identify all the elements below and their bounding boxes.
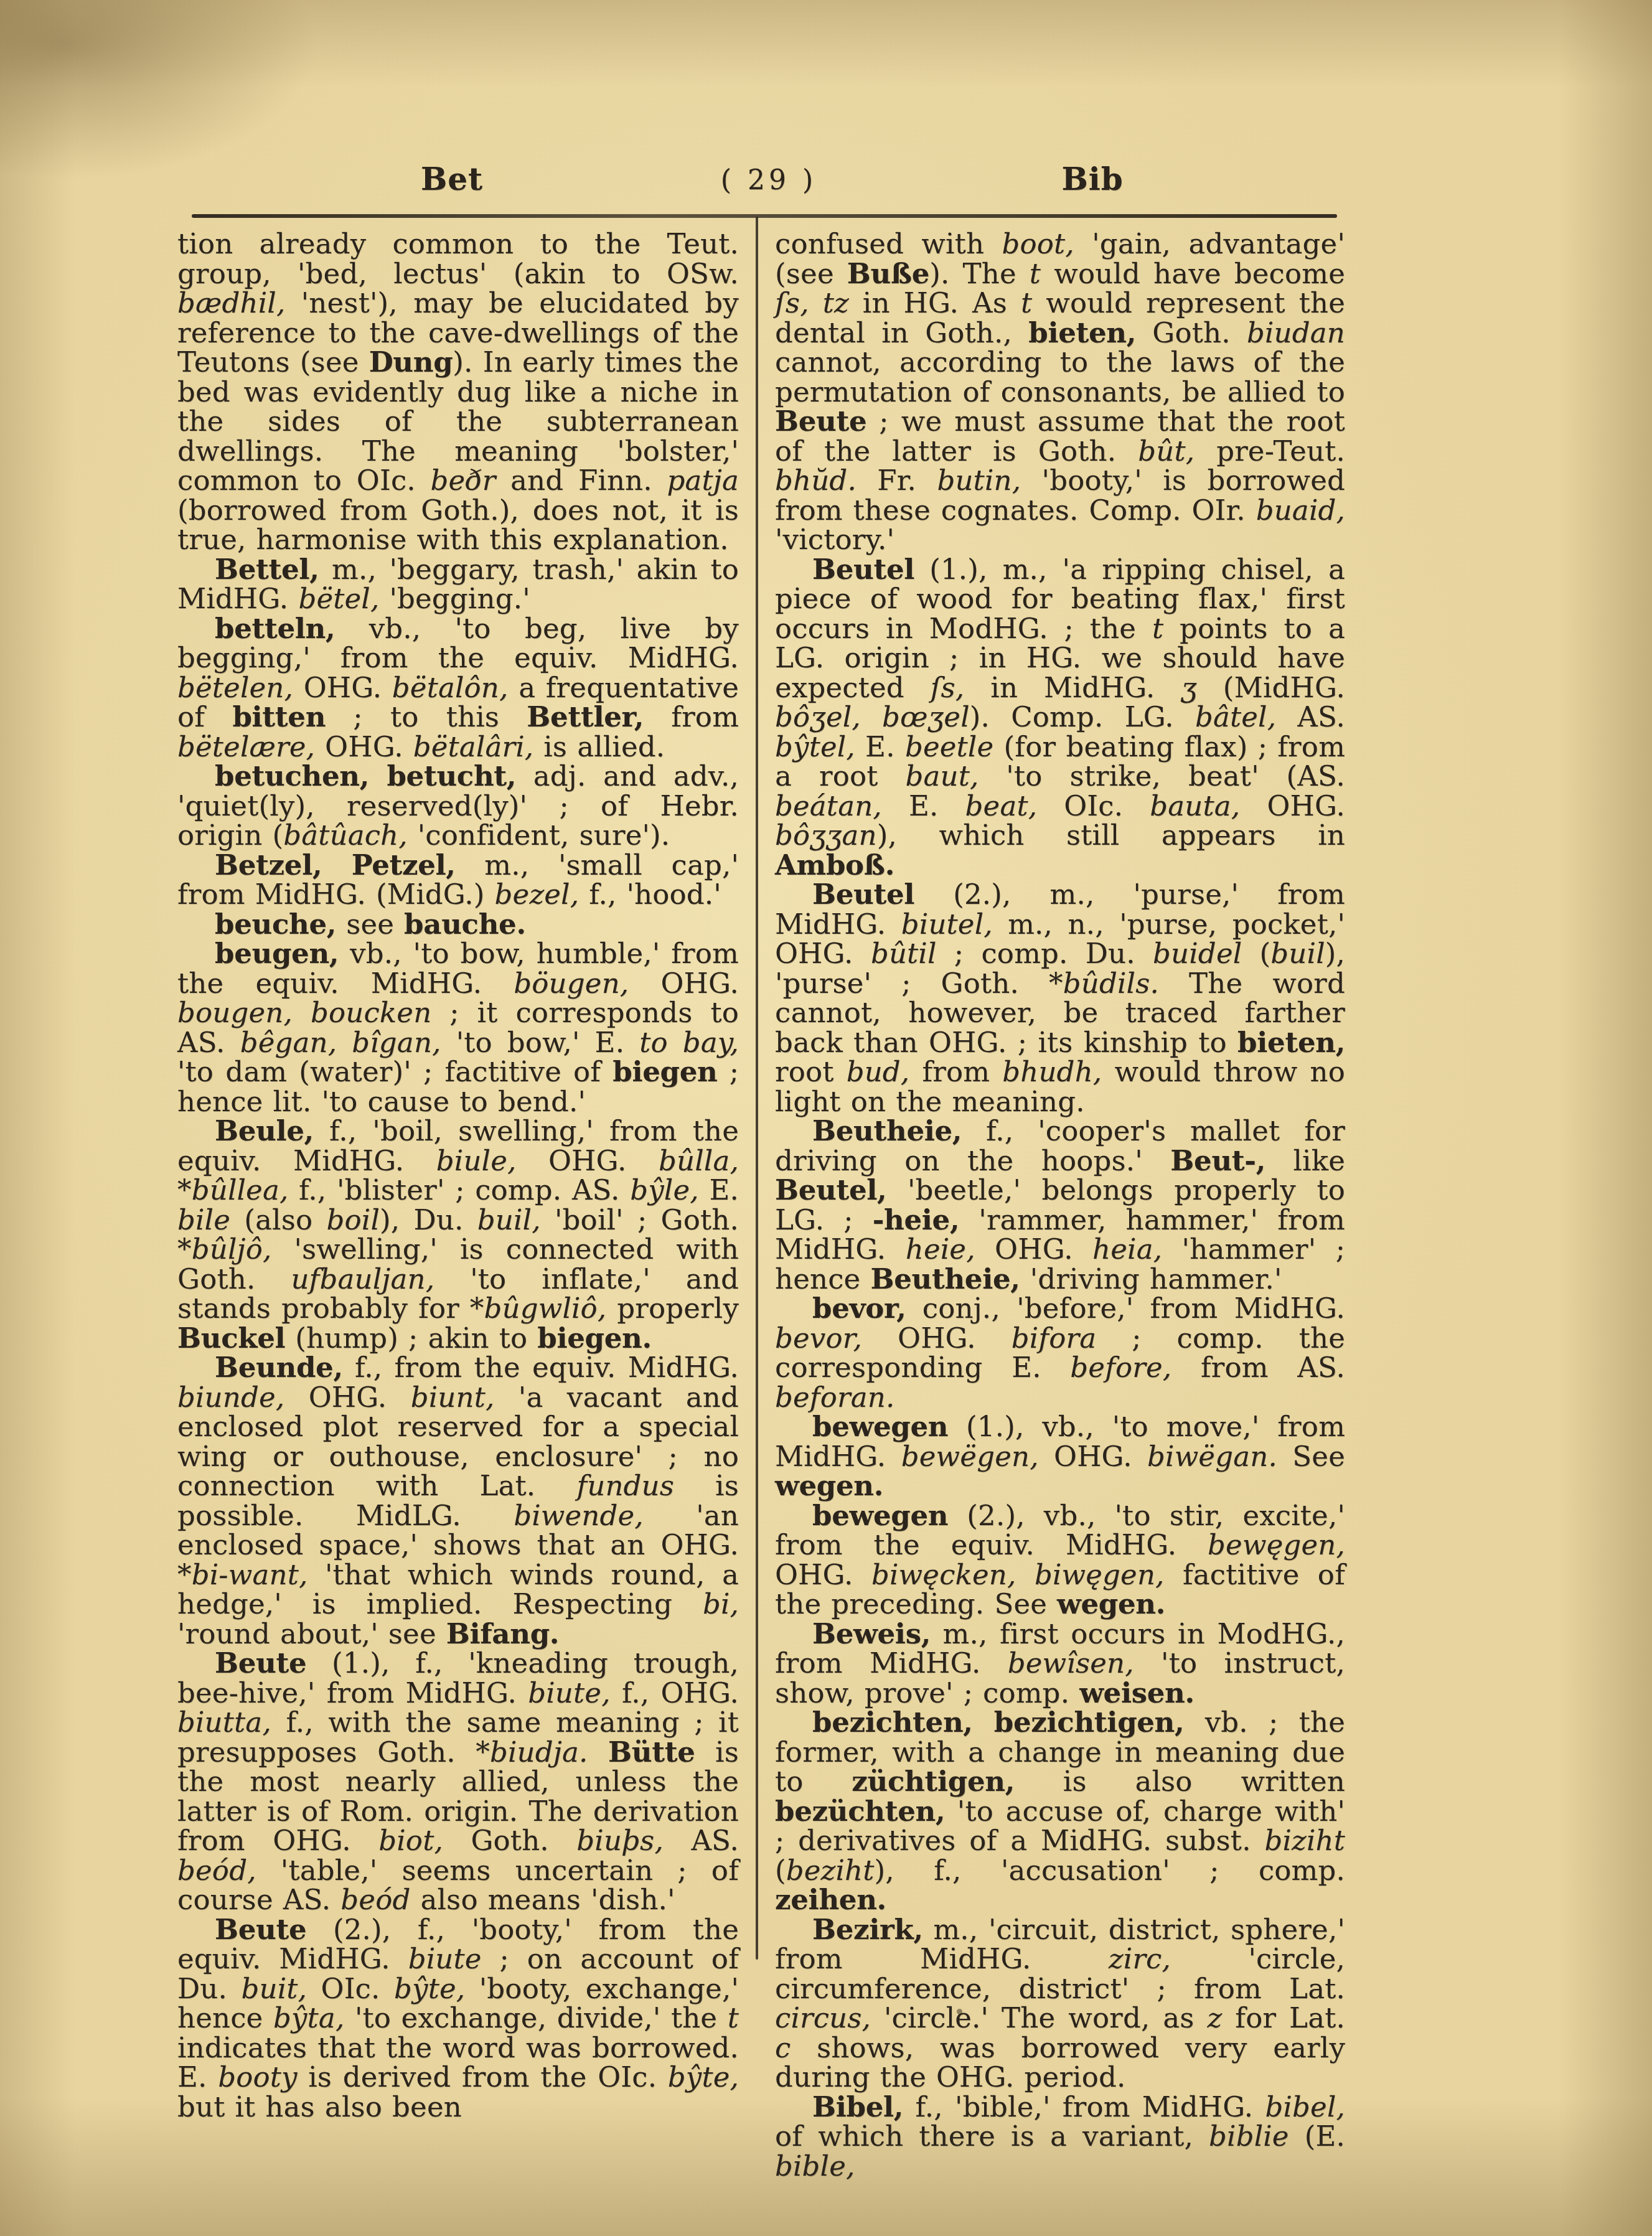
italic-term: beetle	[905, 730, 993, 763]
paragraph-bett-continuation: tion already common to the Teut. group, …	[177, 229, 739, 555]
italic-term: bâtel,	[1195, 700, 1276, 733]
italic-term: heia,	[1092, 1233, 1162, 1266]
entry-bezichten: bezichten, bezichtigen, vb. ; the former…	[775, 1708, 1345, 1915]
fraktur-term: bitten	[232, 700, 326, 733]
fraktur-term: Beut-,	[1170, 1144, 1265, 1177]
entry-beutheie: Beutheie, f., 'cooper's mallet for drivi…	[775, 1116, 1345, 1294]
italic-term: bŷta,	[273, 2001, 344, 2034]
entry-bibel: Bibel, f., 'bible,' from MidHG. bibel, o…	[775, 2092, 1345, 2181]
italic-term: biute,	[528, 1676, 610, 1709]
italic-term: biot,	[378, 1824, 443, 1857]
italic-term: booty	[218, 2060, 298, 2093]
entry-betuchen: betuchen, betucht, adj. and adv., 'quiet…	[177, 761, 739, 850]
italic-term: bôʒʒan	[775, 819, 877, 852]
header-rule	[192, 214, 1337, 218]
italic-term: bŷte,	[394, 1972, 465, 2005]
italic-term: bible,	[775, 2149, 855, 2182]
running-head-left-catchword: Bet	[352, 161, 551, 197]
entry-betzel: Betzel, Petzel, m., 'small cap,' from Mi…	[177, 850, 739, 909]
entry-bewegen-2: bewegen (2.), vb., 'to stir, excite,' fr…	[775, 1501, 1345, 1619]
fraktur-term: zeihen.	[775, 1883, 886, 1916]
italic-term: biuþs,	[576, 1824, 664, 1857]
fraktur-term: Amboß.	[775, 848, 894, 881]
fraktur-term: züchtigen,	[852, 1765, 1015, 1798]
italic-term: ʒ	[1181, 671, 1197, 704]
italic-term: *bûgwliô,	[470, 1292, 607, 1325]
fraktur-term: Beule,	[215, 1114, 314, 1147]
entry-beuche: beuche, see bauche.	[177, 909, 739, 939]
italic-term: t	[1152, 612, 1163, 645]
italic-term: beforan.	[775, 1381, 894, 1414]
fraktur-term: Beutel	[812, 553, 914, 586]
italic-term: bûtil	[871, 937, 937, 970]
italic-term: to bay,	[639, 1026, 739, 1059]
fraktur-term: Beute	[775, 405, 866, 438]
entry-betteln: betteln, vb., 'to beg, live by begging,'…	[177, 614, 739, 762]
italic-term: bhudh,	[1002, 1055, 1102, 1088]
entry-beute-1: Beute (1.), f., 'kneading trough, bee-hi…	[177, 1648, 739, 1915]
fraktur-term: Beutheie,	[812, 1114, 962, 1147]
fraktur-term: Bifang.	[446, 1617, 559, 1650]
italic-term: ſs, tz	[775, 286, 849, 319]
italic-term: biudan	[1247, 316, 1345, 349]
fraktur-term: Beunde,	[215, 1351, 343, 1384]
italic-term: bud,	[847, 1055, 910, 1088]
italic-term: bëtalôn,	[392, 671, 509, 704]
italic-term: bŷle,	[630, 1173, 699, 1206]
italic-term: bôʒel, bœʒel	[775, 700, 970, 733]
italic-term: biblie	[1209, 2120, 1289, 2153]
fraktur-term: Dung	[369, 345, 453, 378]
italic-term: heie,	[906, 1233, 975, 1266]
italic-term: biunt,	[411, 1381, 495, 1414]
fraktur-term: weisen.	[1079, 1676, 1194, 1709]
italic-term: ſs,	[931, 671, 965, 704]
entry-bettel: Bettel, m., 'beggary, trash,' akin to Mi…	[177, 555, 739, 614]
entry-beugen: beugen, vb., 'to bow, humble,' from the …	[177, 939, 739, 1116]
fraktur-term: Beutel,	[775, 1173, 886, 1206]
entry-beute-2: Beute (2.), f., 'booty,' from the equiv.…	[177, 1915, 739, 2122]
page-number: ( 29 )	[669, 164, 868, 196]
fraktur-term: bieten,	[1028, 316, 1136, 349]
fraktur-term: Bezirk,	[812, 1913, 923, 1946]
italic-term: beód	[340, 1883, 410, 1916]
italic-term: baut,	[905, 759, 979, 792]
italic-term: boot,	[1002, 227, 1074, 260]
right-text-column: confused with boot, 'gain, advantage' (s…	[775, 229, 1345, 2181]
italic-term: beátan,	[775, 789, 882, 822]
fraktur-term: bezichten, bezichtigen,	[812, 1706, 1184, 1739]
italic-term: bëtel,	[298, 582, 379, 615]
fraktur-term: Buße	[847, 257, 929, 290]
italic-term: ufbauljan,	[291, 1262, 434, 1295]
italic-term: bhŭd.	[775, 464, 857, 497]
entry-beunde: Beunde, f., from the equiv. MidHG. biund…	[177, 1353, 739, 1648]
italic-term: butin,	[937, 464, 1021, 497]
italic-term: buidel	[1153, 937, 1242, 970]
fraktur-term: bezüchten,	[775, 1795, 945, 1828]
entry-beutel-1: Beutel (1.), m., 'a ripping chisel, a pi…	[775, 555, 1345, 880]
italic-term: bëtelære,	[177, 730, 315, 763]
italic-term: zirc,	[1109, 1942, 1171, 1975]
italic-term: bewęgen,	[1208, 1528, 1345, 1561]
italic-term: buil,	[477, 1203, 541, 1236]
fraktur-term: Buckel	[177, 1322, 285, 1355]
italic-term: bauta,	[1150, 789, 1240, 822]
italic-term: biutta,	[177, 1706, 271, 1739]
fraktur-term: wegen.	[775, 1469, 883, 1502]
italic-term: biwęcken, biwęgen,	[871, 1558, 1165, 1591]
paragraph-beute-2-continuation: confused with boot, 'gain, advantage' (s…	[775, 229, 1345, 555]
fraktur-term: bewegen	[812, 1499, 948, 1532]
italic-term: bougen, boucken	[177, 996, 431, 1029]
fraktur-term: beuche,	[215, 908, 336, 941]
italic-term: t	[1030, 257, 1041, 290]
italic-term: bût,	[1138, 435, 1194, 467]
italic-term: bile	[177, 1203, 230, 1236]
entry-bezirk: Bezirk, m., 'circuit, district, sphere,'…	[775, 1915, 1345, 2092]
entry-beutel-2: Beutel (2.), m., 'purse,' from MidHG. bi…	[775, 880, 1345, 1116]
italic-term: buaid,	[1256, 494, 1345, 527]
italic-term: *biudja.	[476, 1736, 588, 1769]
italic-term: t	[1021, 286, 1032, 319]
italic-term: z	[1208, 2001, 1223, 2034]
italic-term: biutel,	[901, 908, 993, 941]
italic-term: bŷte,	[668, 2060, 739, 2093]
fraktur-term: bewegen	[812, 1410, 948, 1443]
fraktur-term: Bütte	[608, 1736, 695, 1769]
italic-term: fundus	[576, 1469, 674, 1502]
fraktur-term: Bettler,	[527, 700, 644, 733]
fraktur-term: Beutheie,	[870, 1262, 1020, 1295]
running-head-right-catchword: Bib	[993, 161, 1192, 197]
entry-bewegen-1: bewegen (1.), vb., 'to move,' from MidHG…	[775, 1412, 1345, 1501]
ink-speck	[957, 2009, 962, 2014]
italic-term: boil	[327, 1203, 380, 1236]
italic-term: biziht	[1264, 1824, 1345, 1857]
italic-term: bevor,	[775, 1322, 862, 1355]
italic-term: *bûdils.	[1049, 967, 1159, 1000]
fraktur-term: Beweis,	[812, 1617, 931, 1650]
italic-term: bëtalâri,	[413, 730, 534, 763]
entry-beweis: Beweis, m., first occurs in ModHG., from…	[775, 1619, 1345, 1708]
italic-term: biule,	[436, 1144, 517, 1177]
italic-term: biwëgan.	[1147, 1440, 1277, 1473]
fraktur-term: bevor,	[812, 1292, 906, 1325]
fraktur-term: Bibel,	[812, 2090, 903, 2123]
fraktur-term: beugen,	[215, 937, 339, 970]
italic-term: biute	[408, 1942, 482, 1975]
fraktur-term: bieten,	[1237, 1026, 1345, 1059]
italic-term: bâtûach,	[283, 819, 408, 852]
italic-term: bi,	[703, 1587, 739, 1620]
italic-term: *bi-want,	[177, 1558, 307, 1591]
italic-term: beðr	[431, 464, 496, 497]
fraktur-term: Beutel	[812, 878, 914, 911]
fraktur-term: Beute	[215, 1646, 306, 1679]
italic-term: beat,	[965, 789, 1038, 822]
italic-term: beziht	[786, 1854, 875, 1887]
fraktur-term: wegen.	[1057, 1587, 1165, 1620]
italic-term: patja	[667, 464, 739, 497]
italic-term: buil	[1270, 937, 1325, 970]
italic-term: bëtelen,	[177, 671, 293, 704]
italic-term: bewîsen,	[1008, 1646, 1134, 1679]
italic-term: bêgan, bîgan,	[240, 1026, 441, 1059]
italic-term: biwende,	[514, 1499, 644, 1532]
italic-term: beód,	[177, 1854, 256, 1887]
fraktur-term: -heie,	[873, 1203, 960, 1236]
italic-term: t	[728, 2001, 739, 2034]
italic-term: *bûljô,	[177, 1233, 271, 1266]
italic-term: c	[775, 2031, 791, 2064]
book-page-scan: Bet ( 29 ) Bib tion already common to th…	[0, 0, 1652, 2236]
fraktur-term: biegen.	[537, 1322, 652, 1355]
fraktur-term: betteln,	[215, 612, 335, 645]
italic-term: bŷtel,	[775, 730, 855, 763]
fraktur-term: Beute	[215, 1913, 306, 1946]
fraktur-term: Betzel, Petzel,	[215, 848, 456, 881]
italic-term: before,	[1070, 1351, 1171, 1384]
column-divider-rule	[756, 217, 758, 1960]
italic-term: buit,	[241, 1972, 307, 2005]
italic-term: bezel,	[495, 878, 580, 911]
italic-term: böugen,	[514, 967, 629, 1000]
italic-term: bewëgen,	[901, 1440, 1039, 1473]
left-text-column: tion already common to the Teut. group, …	[177, 229, 739, 2121]
fraktur-term: betuchen, betucht,	[215, 759, 516, 792]
italic-term: biunde,	[177, 1381, 284, 1414]
fraktur-term: Bettel,	[215, 553, 319, 586]
italic-term: bædhil,	[177, 286, 285, 319]
italic-term: circus,	[775, 2001, 871, 2034]
italic-term: bifora	[1011, 1322, 1097, 1355]
entry-bevor: bevor, conj., 'before,' from MidHG. bevo…	[775, 1294, 1345, 1412]
italic-term: bibel,	[1265, 2090, 1345, 2123]
fraktur-term: biegen	[612, 1055, 717, 1088]
fraktur-term: bauche.	[404, 908, 526, 941]
entry-beule: Beule, f., 'boil, swelling,' from the eq…	[177, 1116, 739, 1353]
